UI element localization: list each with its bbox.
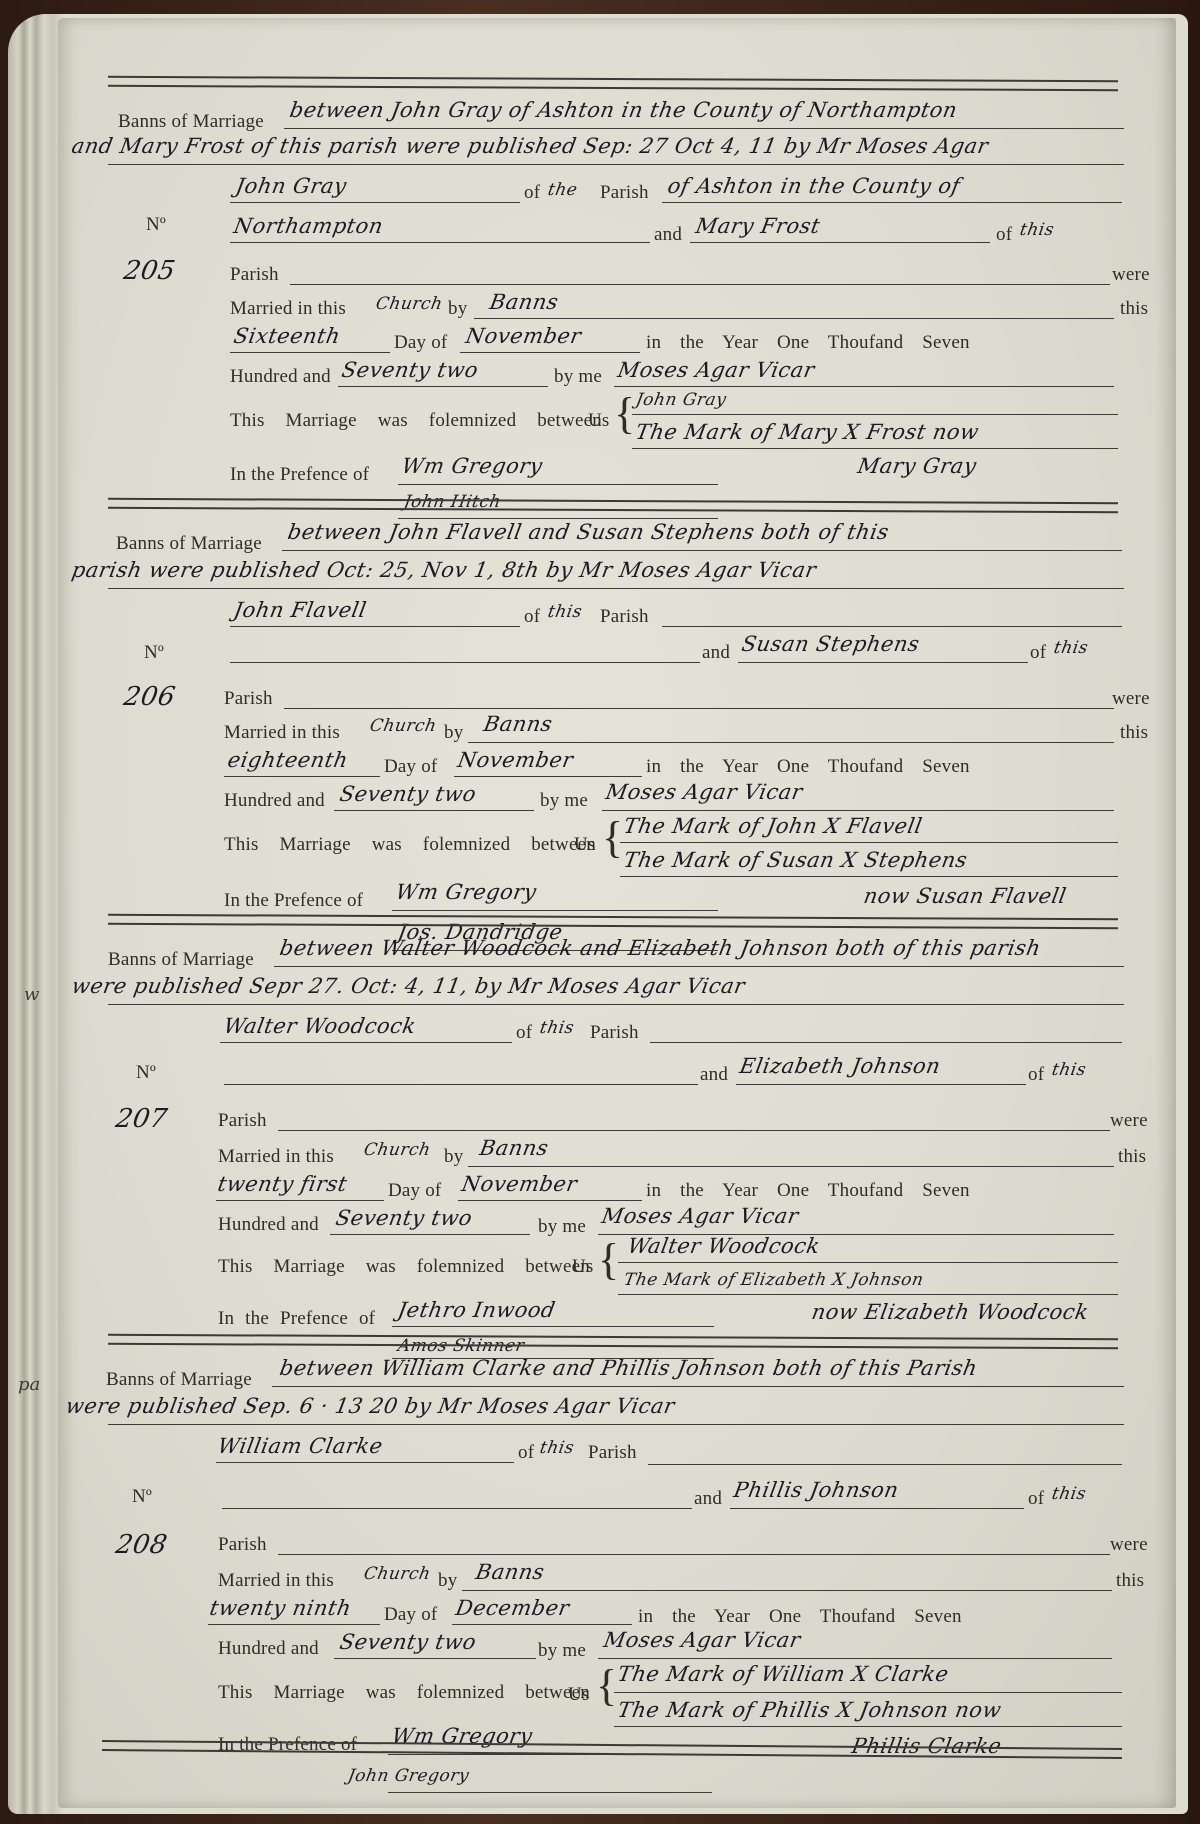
signature-groom: The Mark of William X Clarke [616,1662,951,1686]
signature-bride: The Mark of Susan X Stephens [622,848,969,872]
banns-label: Banns of Marriage [118,111,264,133]
bride-of: this [1018,220,1055,240]
signature-bride-married-name: Mary Gray [856,454,979,478]
bride-name: Elizabeth Johnson [738,1054,943,1078]
banns-label: Banns of Marriage [116,533,262,555]
officiant: Moses Agar Vicar [600,1204,801,1228]
groom-name: John Gray [234,174,349,198]
marriage-method: Banns [482,712,555,736]
register-page: Banns of Marriage between John Gray of A… [58,18,1176,1808]
entry-divider [108,1334,1118,1349]
entry-divider [108,76,1118,91]
banns-text-line1: between Walter Woodcock and Elizabeth Jo… [278,936,1043,960]
marriage-method: Banns [488,290,561,314]
entry-number: 205 [121,256,177,286]
number-label: Nº [136,1062,156,1084]
banns-label: Banns of Marriage [106,1369,252,1391]
signature-groom: Walter Woodcock [626,1234,822,1258]
marriage-year: Seventy two [338,782,478,806]
book-photo: Banns of Marriage between John Gray of A… [0,0,1200,1824]
entry-number: 208 [113,1530,169,1560]
marriage-day: twenty ninth [208,1596,353,1620]
marriage-month: December [454,1596,572,1620]
banns-text-line2: were published Sep. 6 · 13 20 by Mr Mose… [64,1394,677,1418]
entry-number: 207 [113,1104,169,1134]
marriage-month: November [456,748,575,772]
officiant: Moses Agar Vicar [604,780,805,804]
groom-of: this [538,1438,575,1458]
marriage-method: Banns [474,1560,547,1584]
signature-bride: The Mark of Phillis X Johnson now [616,1698,1003,1722]
banns-text-line1: between John Gray of Ashton in the Count… [288,98,959,122]
margin-note: w [24,984,39,1005]
marriage-place: Church [374,294,444,314]
marriage-day: eighteenth [226,748,350,772]
marriage-place: Church [368,716,438,736]
signature-bride: The Mark of Mary X Frost now [634,420,981,444]
groom-name: John Flavell [232,598,369,622]
officiant: Moses Agar Vicar [616,358,817,382]
officiant: Moses Agar Vicar [602,1628,803,1652]
marriage-place: Church [362,1564,432,1584]
margin-note: pa [18,1374,40,1395]
marriage-month: November [460,1172,579,1196]
banns-text-line1: between William Clarke and Phillis Johns… [278,1356,980,1380]
witness-1: Wm Gregory [400,454,545,478]
groom-name: William Clarke [216,1434,385,1458]
groom-of: this [538,1018,575,1038]
marriage-year: Seventy two [338,1630,478,1654]
signature-bride: The Mark of Elizabeth X Johnson [622,1270,925,1290]
bride-of: this [1050,1484,1087,1504]
groom-parish-continued: Northampton [232,214,385,238]
signature-bride-married-name: now Susan Flavell [862,884,1068,908]
bride-of: this [1050,1060,1087,1080]
banns-text-line2: parish were published Oct: 25, Nov 1, 8t… [70,558,818,582]
bride-of: this [1052,638,1089,658]
banns-text-line2: were published Sepr 27. Oct: 4, 11, by M… [70,974,747,998]
number-label: Nº [146,214,166,236]
witness-2: John Gregory [346,1766,470,1786]
marriage-month: November [464,324,583,348]
marriage-year: Seventy two [334,1206,474,1230]
signature-bride-married-name: now Elizabeth Woodcock [810,1300,1091,1324]
groom-parish: of Ashton in the County of [666,174,962,198]
banns-text-line2: and Mary Frost of this parish were publi… [70,134,991,158]
entry-divider [108,914,1118,929]
marriage-method: Banns [478,1136,551,1160]
marriage-place: Church [362,1140,432,1160]
groom-name: Walter Woodcock [222,1014,418,1038]
bride-name: Mary Frost [694,214,822,238]
witness-1: Jethro Inwood [396,1298,557,1322]
number-label: Nº [132,1486,152,1508]
groom-of: the [546,180,579,200]
number-label: Nº [144,642,164,664]
marriage-year: Seventy two [340,358,480,382]
groom-of: this [546,602,583,622]
bride-name: Susan Stephens [740,632,922,656]
entry-divider [108,498,1118,513]
marriage-day: twenty first [216,1172,349,1196]
banns-label: Banns of Marriage [108,949,254,971]
witness-1: Wm Gregory [394,880,539,904]
signature-groom: John Gray [634,390,728,410]
marriage-day: Sixteenth [232,324,342,348]
bride-name: Phillis Johnson [732,1478,901,1502]
signature-groom: The Mark of John X Flavell [622,814,924,838]
banns-text-line1: between John Flavell and Susan Stephens … [286,520,891,544]
entry-number: 206 [121,682,177,712]
